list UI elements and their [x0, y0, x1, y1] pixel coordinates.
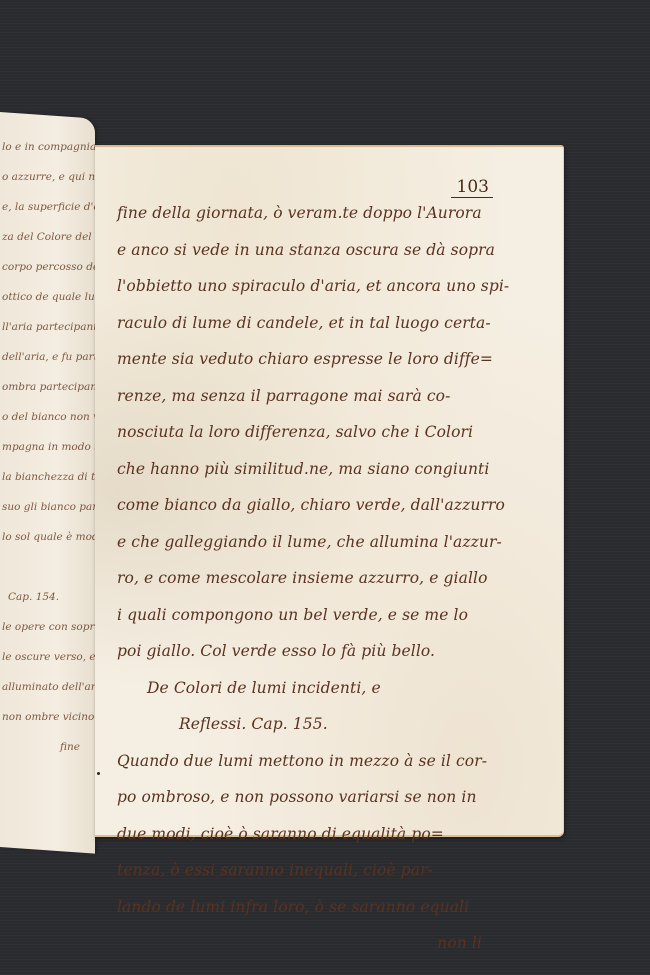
manuscript-line: poi giallo. Col verde esso lo fà più bel…	[117, 633, 512, 670]
manuscript-line: l'obbietto uno spiraculo d'aria, et anco…	[117, 268, 512, 305]
manuscript-line: tenza, ò essi saranno inequali, cioè par…	[117, 852, 512, 889]
left-page-chapter-heading: Cap. 154.	[0, 582, 95, 612]
left-page-line: lo sol quale è modo	[0, 522, 95, 552]
manuscript-line: che hanno più similitud.ne, ma siano con…	[117, 451, 512, 488]
catchword: non li	[117, 925, 512, 962]
left-page-line: le opere con sopra quello in	[0, 612, 95, 642]
chapter-number: Reflessi. Cap. 155.	[117, 706, 512, 743]
left-page-line: le oscure verso, e come il	[0, 642, 95, 672]
left-page-line: ombra partecipante	[0, 372, 95, 402]
manuscript-line: po ombroso, e non possono variarsi se no…	[117, 779, 512, 816]
manuscript-line: nosciuta la loro differenza, salvo che i…	[117, 414, 512, 451]
right-manuscript-page: 103 fine della giornata, ò veram.te dopp…	[95, 145, 564, 837]
left-page-line: dell'aria, e fu parte del	[0, 342, 95, 372]
manuscript-line: due modi, cioè ò saranno di equalità po=	[117, 816, 512, 853]
manuscript-text: fine della giornata, ò veram.te doppo l'…	[117, 195, 512, 962]
left-page-line: ottico de quale luogo	[0, 282, 95, 312]
left-page-line	[0, 552, 95, 582]
left-page-line: o del bianco non vede	[0, 402, 95, 432]
manuscript-line: ro, e come mescolare insieme azzurro, e …	[117, 560, 512, 597]
manuscript-line: mente sia veduto chiaro espresse le loro…	[117, 341, 512, 378]
left-page-line: za del Colore del suo	[0, 222, 95, 252]
left-facing-page: lo e in compagnia al o azzurre, e qui na…	[0, 112, 95, 854]
manuscript-line: e anco si vede in una stanza oscura se d…	[117, 232, 512, 269]
left-page-line: la bianchezza di tale	[0, 462, 95, 492]
left-page-line: fine	[0, 732, 95, 762]
manuscript-line: fine della giornata, ò veram.te doppo l'…	[117, 195, 512, 232]
manuscript-line: raculo di lume di candele, et in tal luo…	[117, 305, 512, 342]
left-page-line: suo gli bianco parere	[0, 492, 95, 522]
manuscript-line: Quando due lumi mettono in mezzo à se il…	[117, 743, 512, 780]
left-page-line: o azzurre, e qui nasce	[0, 162, 95, 192]
left-page-line: ll'aria partecipante	[0, 312, 95, 342]
manuscript-line: e che galleggiando il lume, che allumina…	[117, 524, 512, 561]
left-page-line: non ombre vicino al	[0, 702, 95, 732]
manuscript-line: renze, ma senza il parragone mai sarà co…	[117, 378, 512, 415]
left-page-line: lo e in compagnia al	[0, 132, 95, 162]
ink-spot	[97, 772, 100, 775]
left-page-line: alluminato dell'aria	[0, 672, 95, 702]
chapter-title: De Colori de lumi incidenti, e	[117, 670, 512, 707]
manuscript-line: lando de lumi infra loro, ò se saranno e…	[117, 889, 512, 926]
left-page-line: e, la superficie d'ogni	[0, 192, 95, 222]
left-page-line: mpagna in modo tale	[0, 432, 95, 462]
manuscript-line: i quali compongono un bel verde, e se me…	[117, 597, 512, 634]
manuscript-line: come bianco da giallo, chiaro verde, dal…	[117, 487, 512, 524]
left-page-line: corpo percosso del lume	[0, 252, 95, 282]
